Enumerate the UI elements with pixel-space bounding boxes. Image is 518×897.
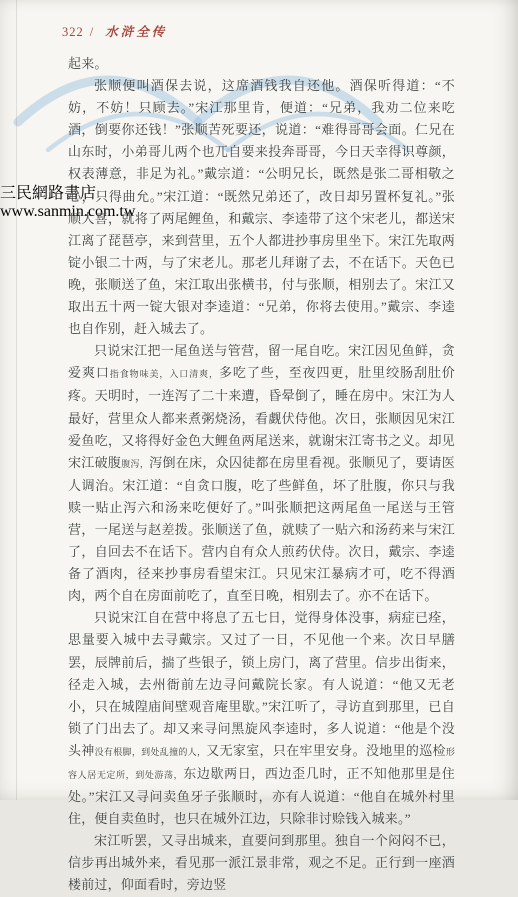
text-run: 又无家室，只在牢里安身。 xyxy=(206,743,366,758)
body-text: 起来。张顺便叫酒保去说，这席酒钱我自还他。酒保听得道：“不妨，不妨！只顾去。”宋… xyxy=(68,53,455,800)
text-run: 起来。 xyxy=(68,56,108,71)
emphasized-term: 爽口 xyxy=(82,365,110,380)
paragraph: 只说宋江自在营中将息了五七日，觉得身体没事，病症已痊，思量要入城中去寻戴宗。又过… xyxy=(68,607,455,800)
page-gutter-line xyxy=(16,0,17,800)
text-run: 只说宋江自在营中将息了五七日，觉得身体没事，病症已痊，思量要入城中去寻戴宗。又过… xyxy=(68,610,455,735)
text-run: 泻倒在床，众囚徒都在房里看视。张顺见了，要请医人调治。宋江道：“自贪口腹，吃了些… xyxy=(68,455,455,604)
header-page-number: 322 xyxy=(62,25,84,39)
paragraph: 起来。 xyxy=(68,53,455,75)
paragraph: 只说宋江把一尾鱼送与管营，留一尾自吃。宋江因见鱼鲜，贪爱爽口指食物味美，入口清爽… xyxy=(68,340,455,607)
header-separator: / xyxy=(90,25,93,39)
book-page-scan: 322/水浒全传 起来。张顺便叫酒保去说，这席酒钱我自还他。酒保听得道：“不妨，… xyxy=(0,0,518,800)
emphasized-term: 破腹 xyxy=(95,455,122,470)
inline-annotation: 没有根脚，到处乱撞的人， xyxy=(95,747,207,757)
paragraph: 张顺便叫酒保去说，这席酒钱我自还他。酒保听得道：“不妨，不妨！只顾去。”宋江那里… xyxy=(68,75,455,340)
inline-annotation: 腹泻， xyxy=(121,459,149,469)
running-header: 322/水浒全传 xyxy=(62,22,167,40)
text-run: 张顺便叫酒保去说，这席酒钱我自还他。酒保听得道：“不妨，不妨！只顾去。”宋江那里… xyxy=(68,78,455,336)
header-book-title: 水浒全传 xyxy=(105,25,167,39)
inline-annotation: 指食物味美，入口清爽， xyxy=(110,369,219,379)
emphasized-term: 没地里的巡检 xyxy=(366,743,446,758)
